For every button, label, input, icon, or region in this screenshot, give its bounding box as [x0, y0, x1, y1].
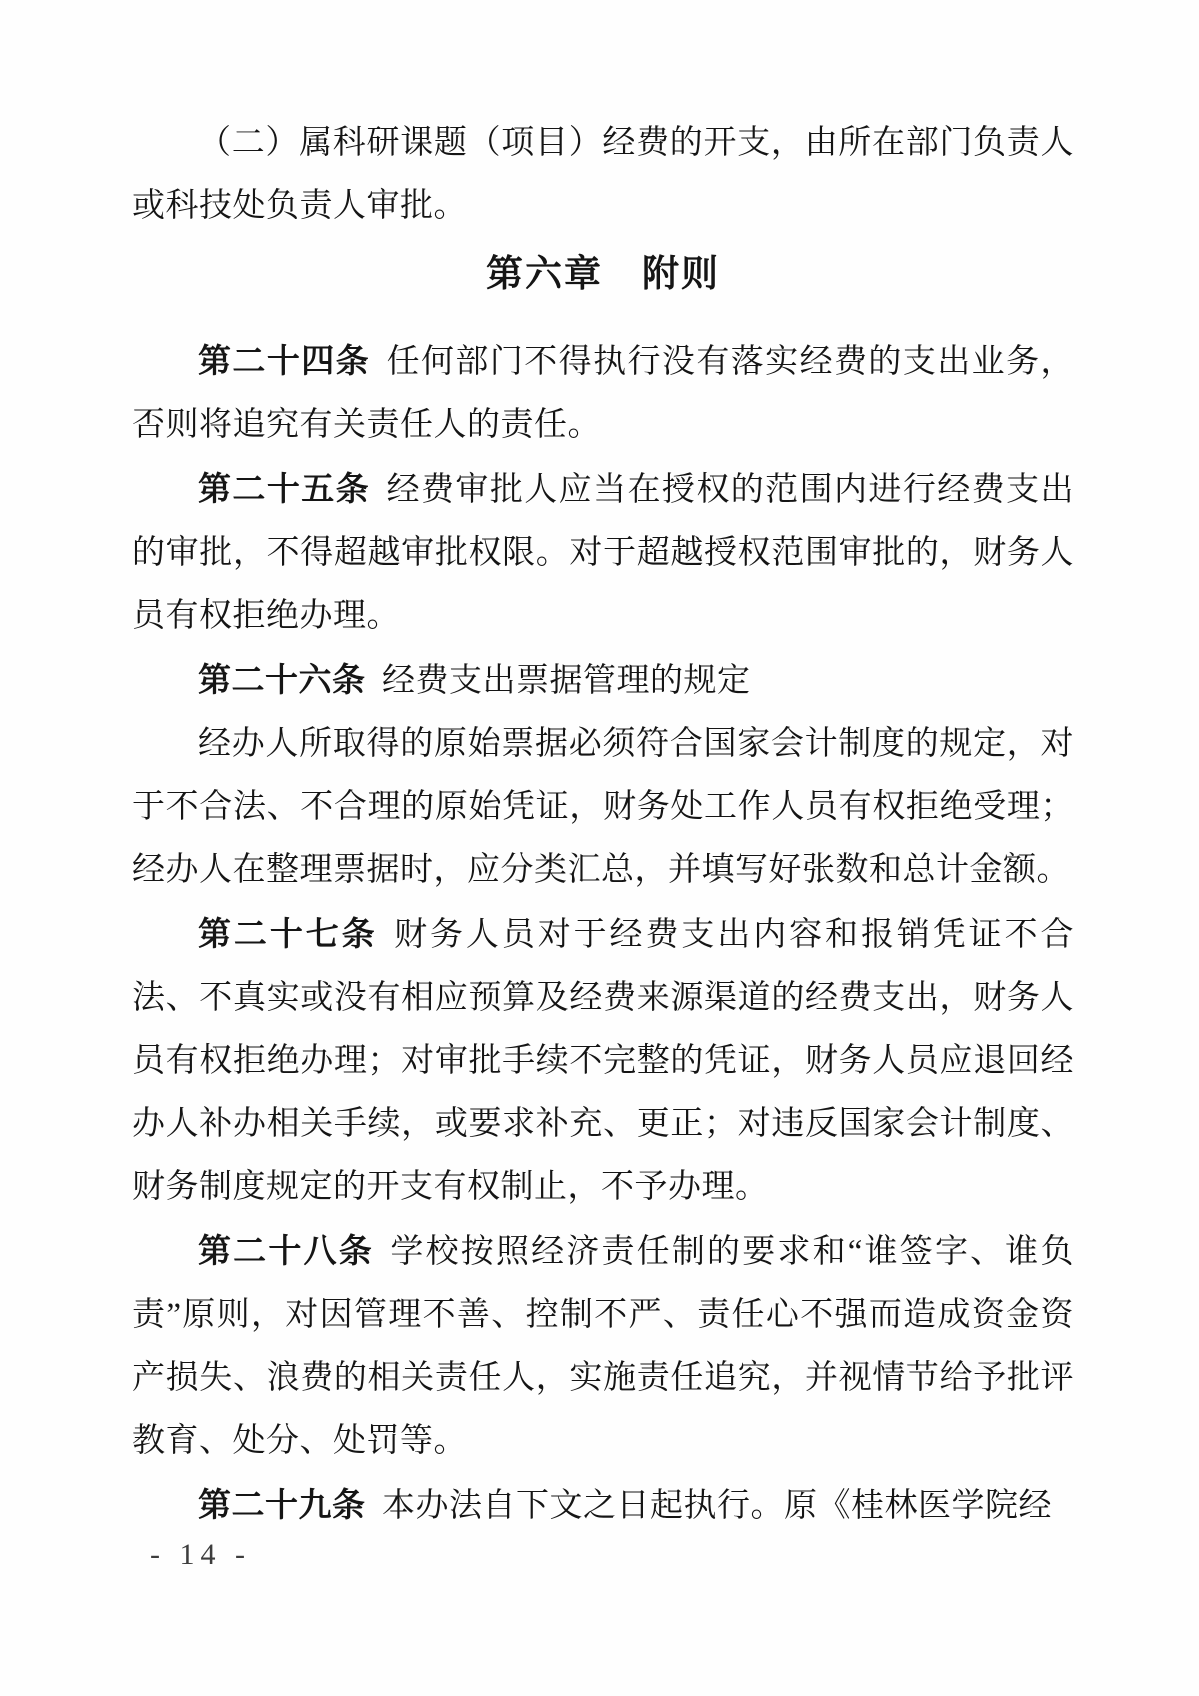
article-number: 第二十九条	[198, 1485, 366, 1524]
paragraph: 第二十五条经费审批人应当在授权的范围内进行经费支出的审批，不得超越审批权限。对于…	[132, 457, 1074, 648]
paragraph: 第二十八条学校按照经济责任制的要求和“谁签字、谁负责”原则，对因管理不善、控制不…	[132, 1219, 1074, 1473]
article-number: 第二十五条	[198, 469, 370, 508]
article-number: 第二十七条	[198, 914, 378, 953]
paragraph: 第二十六条经费支出票据管理的规定	[132, 648, 1074, 713]
article-number: 第二十六条	[198, 660, 366, 699]
article-number: 第二十四条	[198, 341, 370, 380]
paragraph: 第二十四条任何部门不得执行没有落实经费的支出业务，否则将追究有关责任人的责任。	[132, 329, 1074, 457]
document-page: （二）属科研课题（项目）经费的开支，由所在部门负责人或科技处负责人审批。第六章 …	[0, 0, 1199, 1696]
paragraph: 第二十七条财务人员对于经费支出内容和报销凭证不合法、不真实或没有相应预算及经费来…	[132, 902, 1074, 1219]
paragraph: 第二十九条本办法自下文之日起执行。原《桂林医学院经	[132, 1473, 1074, 1538]
paragraph: （二）属科研课题（项目）经费的开支，由所在部门负责人或科技处负责人审批。	[132, 112, 1074, 238]
page-number: - 14 -	[150, 1535, 251, 1575]
document-body: （二）属科研课题（项目）经费的开支，由所在部门负责人或科技处负责人审批。第六章 …	[132, 112, 1074, 1538]
article-number: 第二十八条	[198, 1231, 374, 1270]
chapter-heading: 第六章 附则	[132, 242, 1074, 305]
paragraph: 经办人所取得的原始票据必须符合国家会计制度的规定，对于不合法、不合理的原始凭证，…	[132, 713, 1074, 902]
